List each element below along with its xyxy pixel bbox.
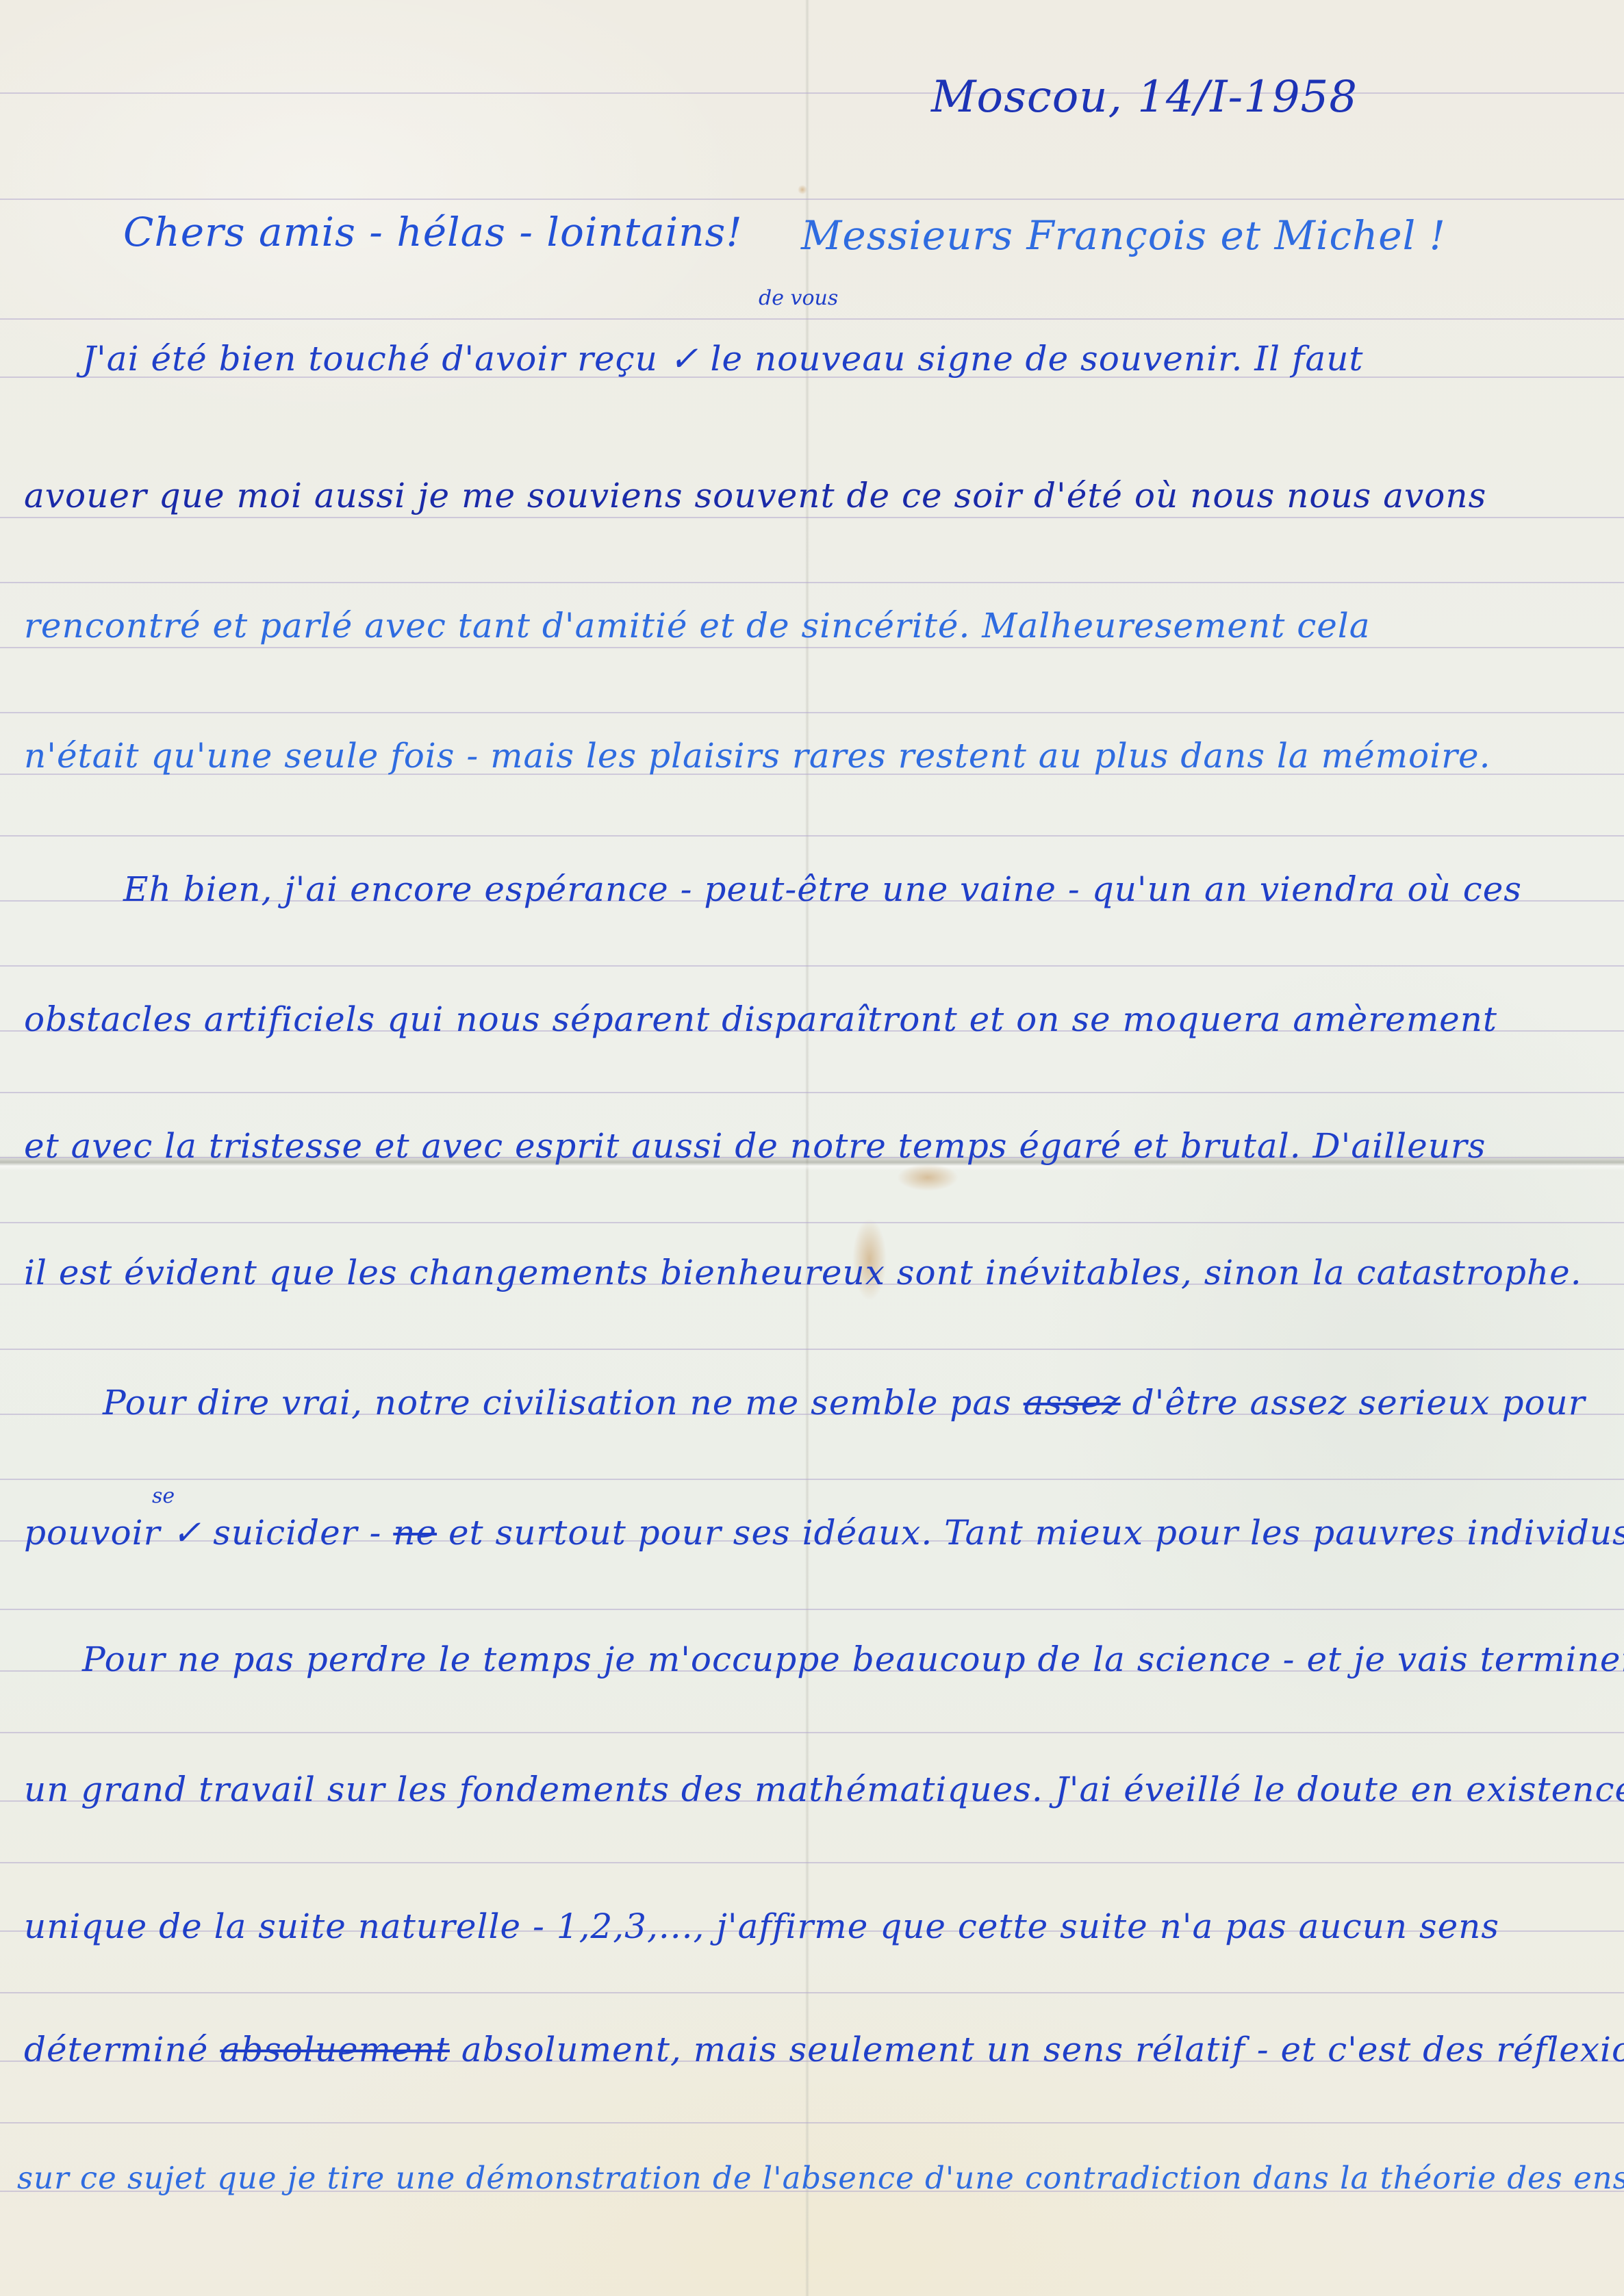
- ruled-line: [0, 1862, 1624, 1863]
- letter-line: n'était qu'une seule fois - mais les pla…: [24, 736, 1491, 776]
- ruled-line: [0, 1992, 1624, 1993]
- salutation-left: Chers amis - hélas - lointains!: [123, 209, 743, 255]
- ruled-line: [0, 1092, 1624, 1093]
- ruled-line: [0, 318, 1624, 320]
- ruled-line: [0, 1479, 1624, 1480]
- letter-line: il est évident que les changements bienh…: [24, 1253, 1582, 1292]
- ruled-line: [0, 1349, 1624, 1350]
- letter-line: Pour ne pas perdre le temps je m'occuppe…: [82, 1640, 1624, 1679]
- ruled-line: [0, 199, 1624, 200]
- ruled-line: [0, 2122, 1624, 2123]
- ruled-line: [0, 582, 1624, 583]
- ruled-line: [0, 1222, 1624, 1223]
- ruled-line: [0, 92, 1624, 94]
- letter-line: un grand travail sur les fondements des …: [24, 1770, 1624, 1809]
- struck-word: absoluement: [220, 2030, 450, 2069]
- struck-word: assez: [1024, 1383, 1121, 1423]
- letter-line: unique de la suite naturelle - 1,2,3,...…: [24, 1906, 1499, 1946]
- ruled-line: [0, 712, 1624, 713]
- letter-line: et avec la tristesse et avec esprit auss…: [24, 1126, 1486, 1166]
- salutation-right: Messieurs François et Michel !: [801, 212, 1446, 259]
- letter-line: rencontré et parlé avec tant d'amitié et…: [24, 606, 1371, 646]
- letter-line: pouvoir ✓ suicider - ne et surtout pour …: [24, 1513, 1624, 1553]
- letter-line: obstacles artificiels qui nous séparent …: [24, 999, 1497, 1039]
- ruled-line: [0, 647, 1624, 648]
- stain-mark: [798, 185, 807, 194]
- line-text: et surtout pour ses idéaux. Tant mieux p…: [437, 1513, 1624, 1553]
- dateline: Moscou, 14/I-1958: [931, 72, 1358, 123]
- line-text: d'être assez serieux pour: [1121, 1383, 1586, 1423]
- ruled-line: [0, 517, 1624, 518]
- line-text: Pour dire vrai, notre civilisation ne me…: [103, 1383, 1024, 1423]
- insertion-se: se: [152, 1484, 175, 1508]
- line-text: absolument, mais seulement un sens rélat…: [450, 2030, 1624, 2069]
- letter-line: J'ai été bien touché d'avoir reçu ✓ le n…: [82, 339, 1364, 379]
- ruled-line: [0, 1732, 1624, 1733]
- letter-page: Moscou, 14/I-1958 Chers amis - hélas - l…: [0, 0, 1624, 2296]
- line-text: déterminé: [24, 2030, 220, 2069]
- ruled-line: [0, 835, 1624, 837]
- letter-line: Eh bien, j'ai encore espérance - peut-êt…: [123, 869, 1522, 909]
- letter-line: Pour dire vrai, notre civilisation ne me…: [103, 1383, 1586, 1423]
- ruled-line: [0, 965, 1624, 967]
- letter-line: déterminé absoluement absolument, mais s…: [24, 2030, 1624, 2069]
- struck-word: ne: [393, 1513, 437, 1553]
- insertion-de-vous: de vous: [759, 286, 838, 310]
- letter-line: avouer que moi aussi je me souviens souv…: [24, 476, 1486, 515]
- ruled-line: [0, 1609, 1624, 1610]
- letter-line: sur ce sujet que je tire une démonstrati…: [17, 2160, 1624, 2196]
- line-text: pouvoir ✓ suicider -: [24, 1513, 393, 1553]
- stain-mark: [897, 1164, 959, 1191]
